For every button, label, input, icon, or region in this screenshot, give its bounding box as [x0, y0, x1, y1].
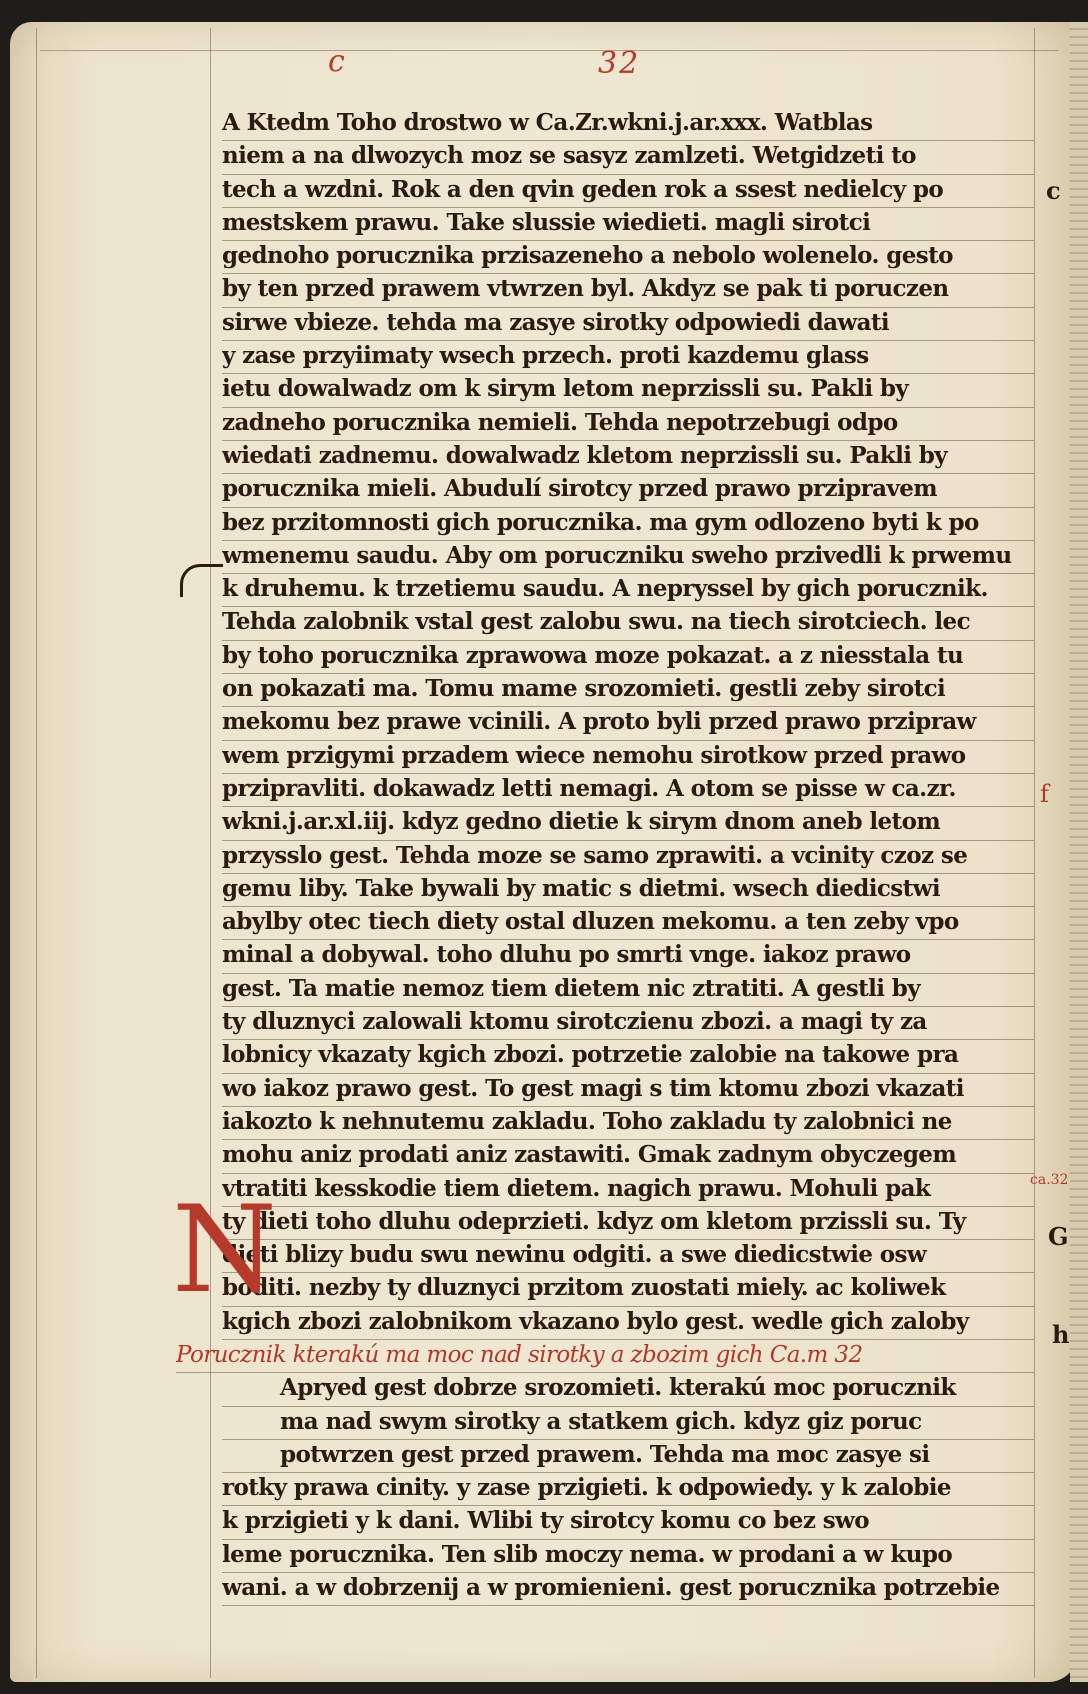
text-line: vtratiti kesskodie tiem dietem. nagich p… — [222, 1174, 1034, 1207]
folio-number: 32 — [598, 46, 640, 81]
text-line: wo iakoz prawo gest. To gest magi s tim … — [222, 1074, 1034, 1107]
text-line: ty dieti toho dluhu odeprzieti. kdyz om … — [222, 1207, 1034, 1240]
text-line: leme porucznika. Ten slib moczy nema. w … — [222, 1540, 1034, 1573]
text-line: niem a na dlwozych moz se sasyz zamlzeti… — [222, 141, 1034, 174]
decorated-initial: N — [172, 1196, 242, 1316]
text-line: sirwe vbieze. tehda ma zasye sirotky odp… — [222, 308, 1034, 341]
text-line: zadneho porucznika nemieli. Tehda nepotr… — [222, 408, 1034, 441]
text-line: przysslo gest. Tehda moze se samo zprawi… — [222, 841, 1034, 874]
text-line: dieti blizy budu swu newinu odgiti. a sw… — [222, 1240, 1034, 1273]
text-line: rotky prawa cinity. y zase przigieti. k … — [222, 1473, 1034, 1506]
text-line: wani. a w dobrzenij a w promienieni. ges… — [222, 1573, 1034, 1606]
text-line: mohu aniz prodati aniz zastawiti. Gmak z… — [222, 1140, 1034, 1173]
margin-note-c: c — [1046, 176, 1061, 205]
margin-note-h: h — [1052, 1320, 1069, 1349]
text-line: iakozto k nehnutemu zakladu. Toho zaklad… — [222, 1107, 1034, 1140]
text-line: mekomu bez prawe vcinili. A proto byli p… — [222, 707, 1034, 740]
text-line: by ten przed prawem vtwrzen byl. Akdyz s… — [222, 274, 1034, 307]
text-line: k druhemu. k trzetiemu saudu. A neprysse… — [222, 574, 1034, 607]
text-line: wkni.j.ar.xl.iij. kdyz gedno dietie k si… — [222, 807, 1034, 840]
text-line: bez przitomnosti gich porucznika. ma gym… — [222, 508, 1034, 541]
rubric-heading: Porucznik kterakú ma moc nad sirotky a z… — [176, 1340, 1034, 1373]
margin-rule-left-inner — [210, 28, 211, 1678]
text-line: abylby otec tiech diety ostal dluzen mek… — [222, 907, 1034, 940]
text-line: przipravliti. dokawadz letti nemagi. A o… — [222, 774, 1034, 807]
text-line: ma nad swym sirotky a statkem gich. kdyz… — [222, 1407, 1034, 1440]
text-line: potwrzen gest przed prawem. Tehda ma moc… — [222, 1440, 1034, 1473]
margin-rule-left-outer — [36, 28, 37, 1678]
text-line: mestskem prawu. Take slussie wiedieti. m… — [222, 208, 1034, 241]
text-line: gest. Ta matie nemoz tiem dietem nic ztr… — [222, 974, 1034, 1007]
text-line: ietu dowalwadz om k sirym letom neprziss… — [222, 374, 1034, 407]
text-line: lobnicy vkazaty kgich zbozi. potrzetie z… — [222, 1040, 1034, 1073]
text-line: Tehda zalobnik vstal gest zalobu swu. na… — [222, 607, 1034, 640]
margin-rule-right — [1034, 28, 1035, 1678]
margin-note-f: f — [1040, 780, 1049, 808]
header-left-mark: c — [328, 44, 345, 79]
text-line: A Ktedm Toho drostwo w Ca.Zr.wkni.j.ar.x… — [222, 108, 1034, 141]
text-line: Apryed gest dobrze srozomieti. kterakú m… — [222, 1373, 1034, 1406]
margin-note-chapter: ca.32 — [1030, 1172, 1068, 1188]
text-line: tech a wzdni. Rok a den qvin geden rok a… — [222, 175, 1034, 208]
text-line: kgich zbozi zalobnikom vkazano bylo gest… — [222, 1307, 1034, 1340]
text-line: y zase przyiimaty wsech przech. proti ka… — [222, 341, 1034, 374]
text-line: on pokazati ma. Tomu mame srozomieti. ge… — [222, 674, 1034, 707]
page-stack-edge — [1070, 22, 1088, 1682]
text-line: minal a dobywal. toho dluhu po smrti vng… — [222, 940, 1034, 973]
text-line: wmenemu saudu. Aby om poruczniku sweho p… — [222, 541, 1034, 574]
margin-note-g: G — [1048, 1222, 1069, 1251]
text-line: porucznika mieli. Abudulí sirotcy przed … — [222, 474, 1034, 507]
text-line: gednoho porucznika przisazeneho a nebolo… — [222, 241, 1034, 274]
text-line: k przigieti y k dani. Wlibi ty sirotcy k… — [222, 1506, 1034, 1539]
text-line: ty dluznyci zalowali ktomu sirotczienu z… — [222, 1007, 1034, 1040]
top-rule — [40, 50, 1058, 51]
text-line: by toho porucznika zprawowa moze pokazat… — [222, 641, 1034, 674]
text-line: wiedati zadnemu. dowalwadz kletom neprzi… — [222, 441, 1034, 474]
text-line: gemu liby. Take bywali by matic s dietmi… — [222, 874, 1034, 907]
text-line: wem przigymi przadem wiece nemohu sirotk… — [222, 741, 1034, 774]
paragraph-mark-icon — [180, 564, 223, 597]
text-line: boditi. nezby ty dluznyci przitom zuosta… — [222, 1273, 1034, 1306]
main-text-block: A Ktedm Toho drostwo w Ca.Zr.wkni.j.ar.x… — [222, 108, 1034, 1606]
